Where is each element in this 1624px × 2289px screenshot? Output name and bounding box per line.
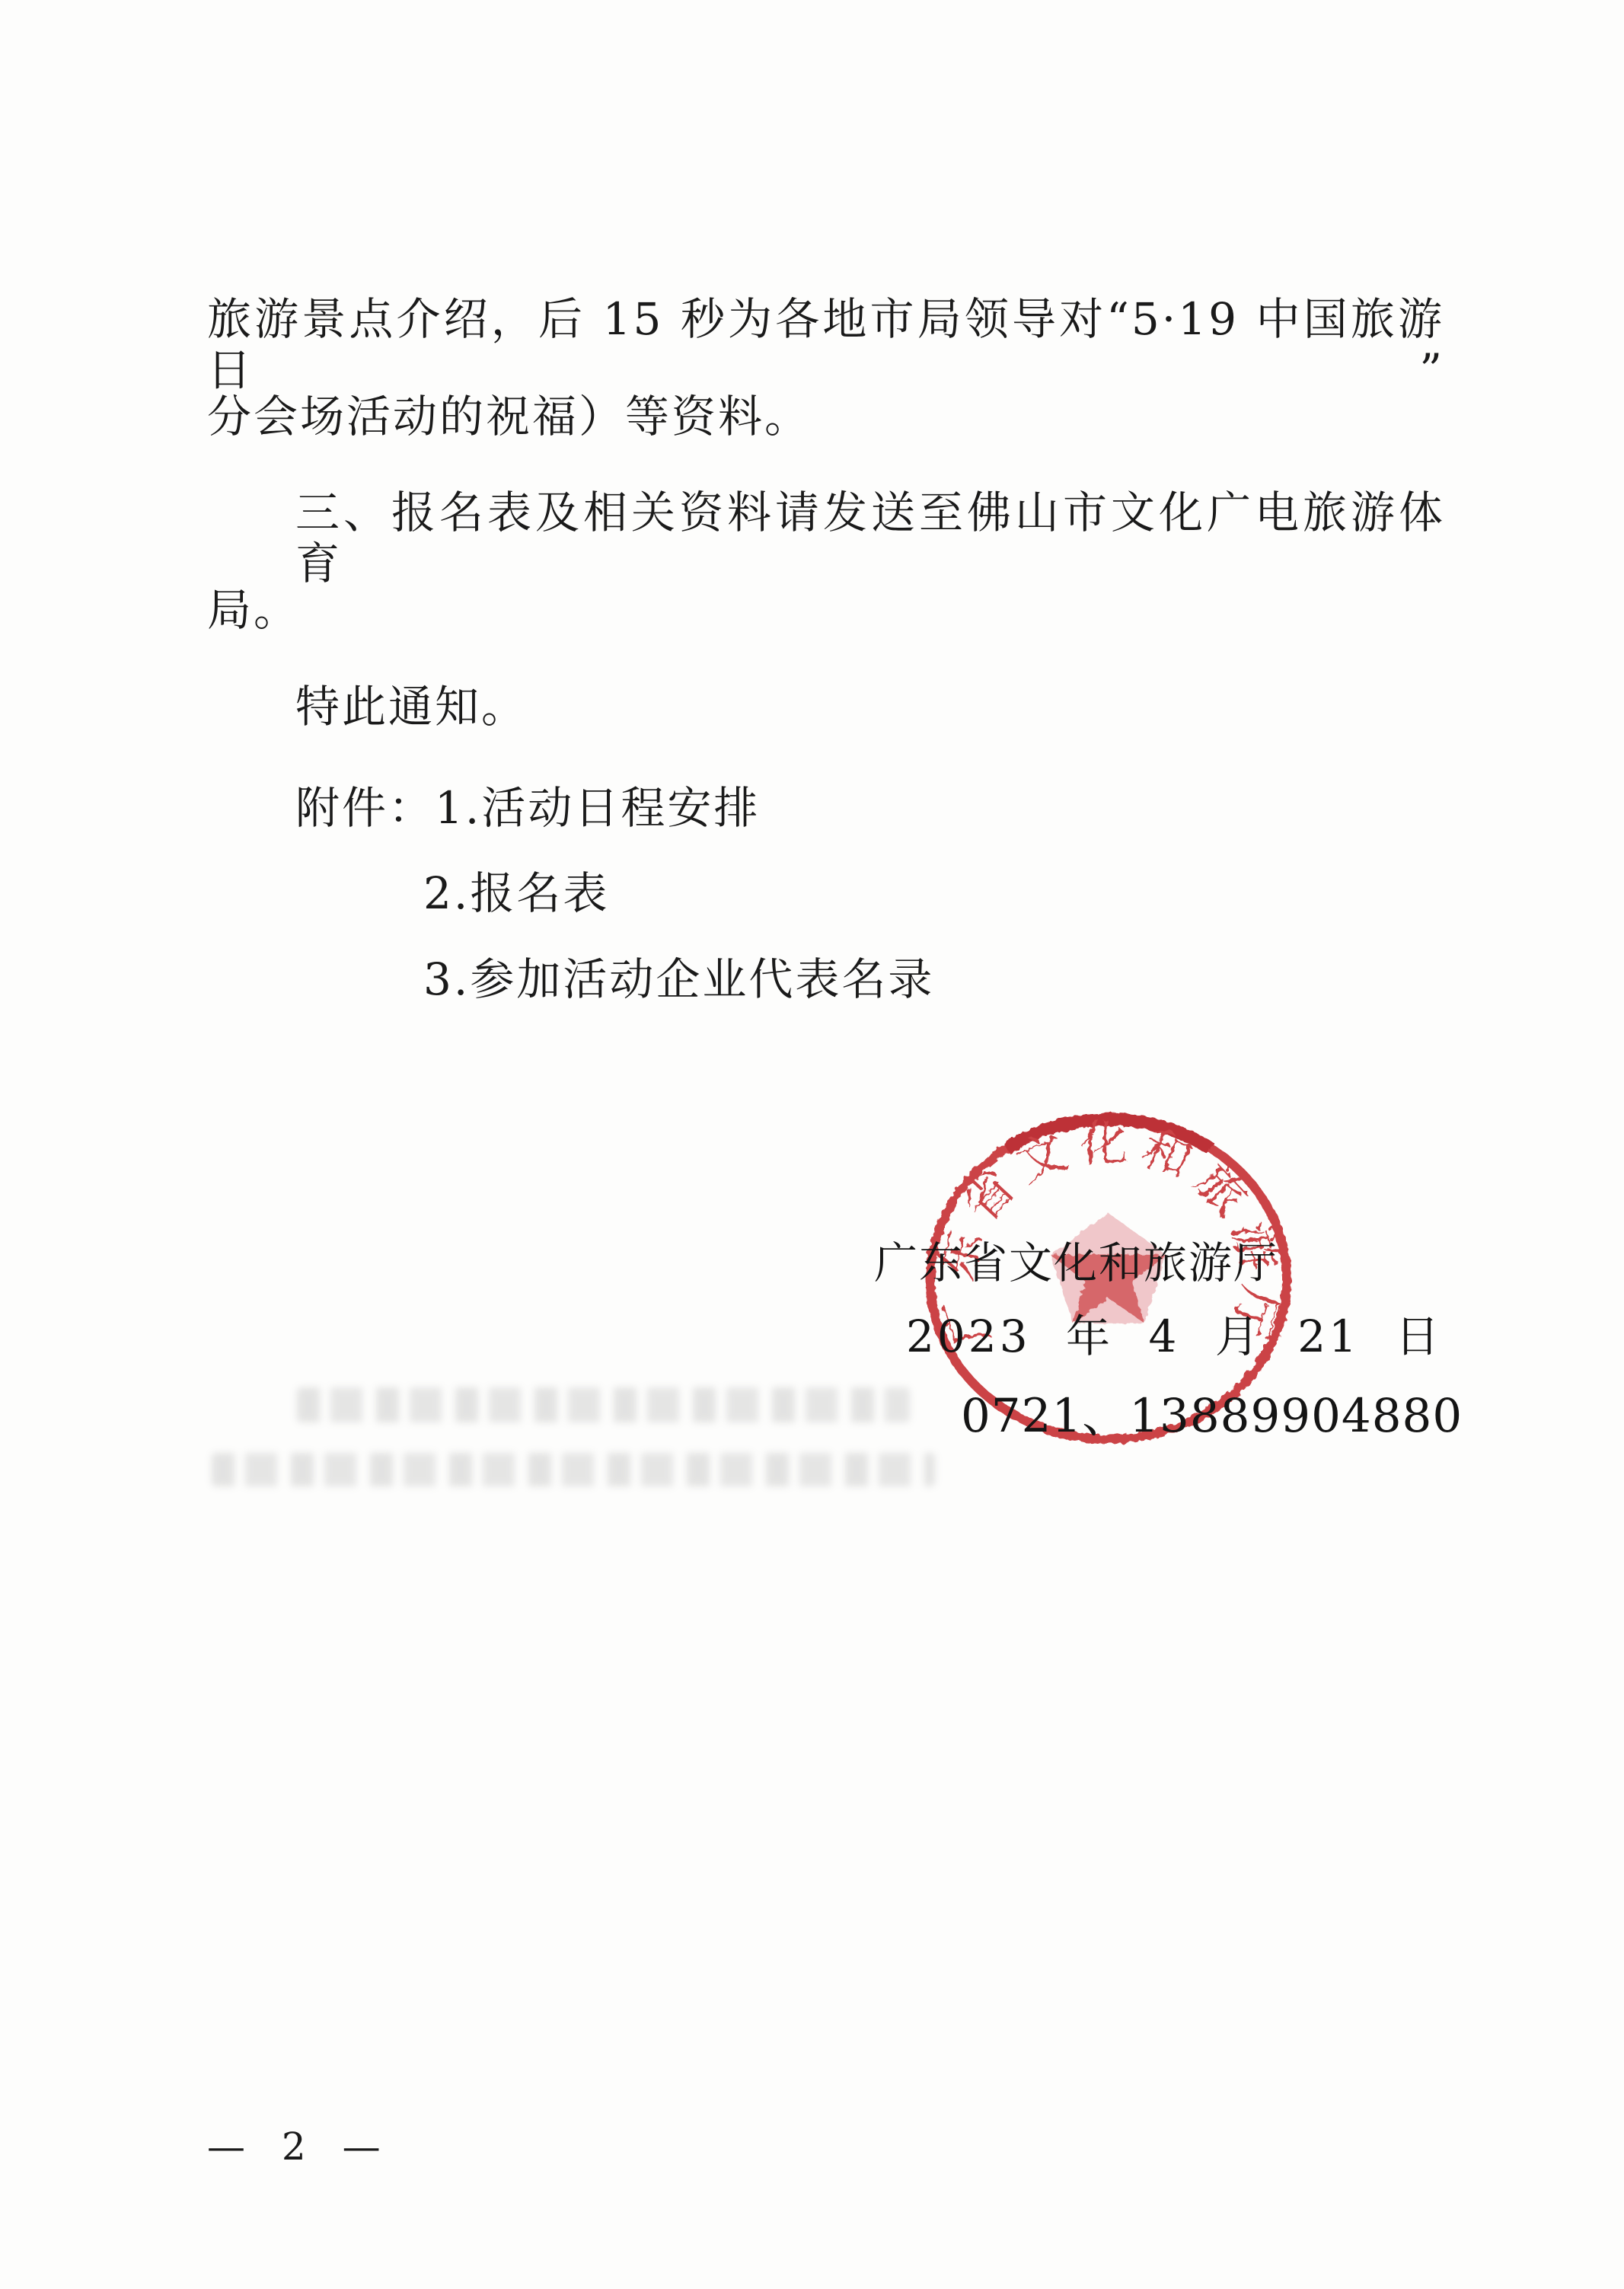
body-line-1: 旅游景点介绍，后 15 秒为各地市局领导对“5·19 中国旅游日” — [207, 294, 1444, 395]
faded-text-line-2 — [212, 1453, 935, 1486]
attachments-row: 附件：1.活动日程安排 — [295, 783, 760, 834]
signature-phone: 0721、13889904880 — [961, 1379, 1463, 1445]
attachments-label: 附件： — [295, 782, 435, 834]
document-page: 旅游景点介绍，后 15 秒为各地市局领导对“5·19 中国旅游日” 分会场活动的… — [0, 0, 1624, 2289]
page-number: — 2 — — [207, 2125, 385, 2169]
signature-org: 广东省文化和旅游厅 — [874, 1228, 1278, 1291]
faded-text-line-1 — [297, 1387, 910, 1422]
signature-date: 2023 年 4 月 21 日 — [906, 1301, 1443, 1365]
attachment-item-2: 2.报名表 — [423, 868, 609, 919]
body-line-5: 特此通知。 — [295, 682, 528, 733]
attachment-item-3: 3.参加活动企业代表名录 — [423, 954, 934, 1005]
body-line-4: 局。 — [207, 585, 300, 636]
attachment-item-1: 1.活动日程安排 — [435, 782, 760, 834]
body-line-2: 分会场活动的祝福）等资料。 — [207, 391, 811, 442]
body-line-3: 三、报名表及相关资料请发送至佛山市文化广电旅游体育 — [295, 487, 1445, 589]
